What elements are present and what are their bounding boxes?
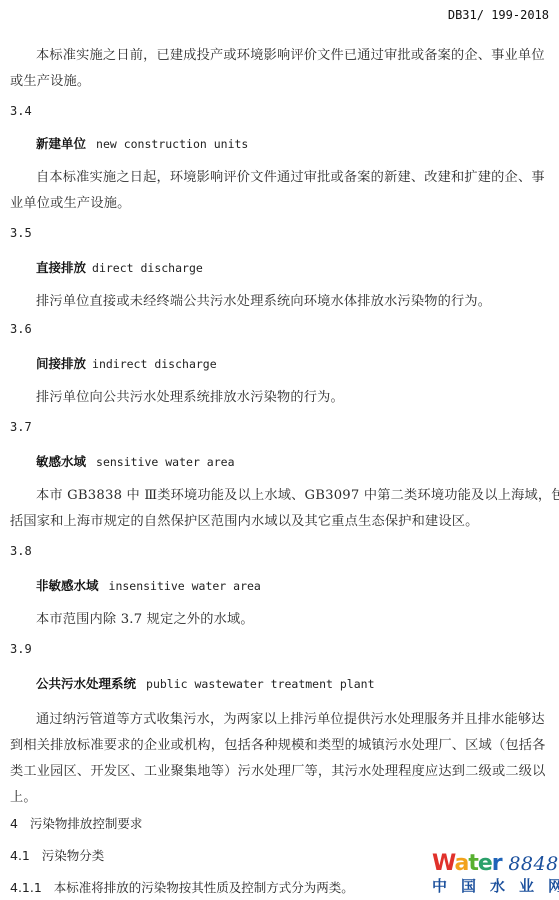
subsection-heading: 4.1 污染物分类 (10, 846, 104, 864)
term-heading: 公共污水处理系统public wastewater treatment plan… (36, 674, 375, 692)
watermark-brand: Water 8848.com (432, 853, 559, 875)
term-heading: 敏感水域sensitive water area (36, 452, 235, 470)
watermark-digits: 8848 (508, 853, 558, 875)
definition-line: 本市 GB3838 中 Ⅲ类环境功能及以上水域、GB3097 中第二类环境功能及… (36, 484, 559, 503)
section-number: 3.5 (10, 226, 32, 240)
term-zh: 敏感水域 (36, 454, 86, 469)
paragraph-existing-line-2: 或生产设施。 (10, 70, 90, 89)
definition-line: 排污单位向公共污水处理系统排放水污染物的行为。 (36, 386, 344, 405)
term-heading: 直接排放direct discharge (36, 258, 203, 276)
letter-a: a (454, 851, 468, 876)
term-heading: 新建单位new construction units (36, 134, 248, 152)
term-en: insensitive water area (109, 579, 261, 593)
term-en: direct discharge (92, 261, 203, 275)
section-number: 3.6 (10, 322, 32, 336)
term-zh: 非敏感水域 (36, 578, 99, 593)
chapter-heading: 4 污染物排放控制要求 (10, 814, 142, 832)
watermark-letters: Water (432, 851, 508, 876)
definition-line: 通过纳污管道等方式收集污水，为两家以上排污单位提供污水处理服务并且排水能够达 (36, 708, 545, 727)
term-zh: 新建单位 (36, 136, 86, 151)
definition-line: 括国家和上海市规定的自然保护区范围内水域以及其它重点生态保护和建设区。 (10, 510, 479, 529)
document-code: DB31/ 199-2018 (448, 8, 549, 22)
term-heading: 间接排放indirect discharge (36, 354, 217, 372)
term-en: sensitive water area (96, 455, 234, 469)
letter-w: W (432, 851, 454, 876)
term-zh: 公共污水处理系统 (36, 676, 136, 691)
term-heading: 非敏感水域insensitive water area (36, 576, 261, 594)
definition-line: 排污单位直接或未经终端公共污水处理系统向环境水体排放水污染物的行为。 (36, 290, 491, 309)
term-en: public wastewater treatment plant (146, 677, 374, 691)
section-number: 3.9 (10, 642, 32, 656)
watermark-logo: Water 8848.com 中国水业网 (432, 853, 559, 895)
definition-line: 上。 (10, 786, 37, 805)
definition-line: 到相关排放标准要求的企业或机构，包括各种规模和类型的城镇污水处理厂、区域（包括各 (10, 734, 546, 753)
term-en: new construction units (96, 137, 248, 151)
term-zh: 间接排放 (36, 356, 86, 371)
definition-line: 业单位或生产设施。 (10, 192, 131, 211)
definition-line: 本市范围内除 3.7 规定之外的水域。 (36, 608, 254, 627)
section-number: 3.4 (10, 104, 32, 118)
definition-line: 自本标准实施之日起，环境影响评价文件通过审批或备案的新建、改建和扩建的企、事 (36, 166, 545, 185)
definition-line: 类工业园区、开发区、工业聚集地等）污水处理厂等，其污水处理程度应达到二级或二级以 (10, 760, 546, 779)
term-zh: 直接排放 (36, 260, 86, 275)
letter-r: r (492, 851, 502, 876)
paragraph-existing-line-1: 本标准实施之日前，已建成投产或环境影响评价文件已通过审批或备案的企、事业单位 (36, 44, 545, 63)
section-number: 3.7 (10, 420, 32, 434)
letter-e: e (478, 851, 492, 876)
term-en: indirect discharge (92, 357, 217, 371)
letter-t: t (468, 851, 478, 876)
section-number: 3.8 (10, 544, 32, 558)
clause-text: 4.1.1 本标准将排放的污染物按其性质及控制方式分为两类。 (10, 878, 354, 896)
watermark-cn-name: 中国水业网 (432, 877, 559, 895)
